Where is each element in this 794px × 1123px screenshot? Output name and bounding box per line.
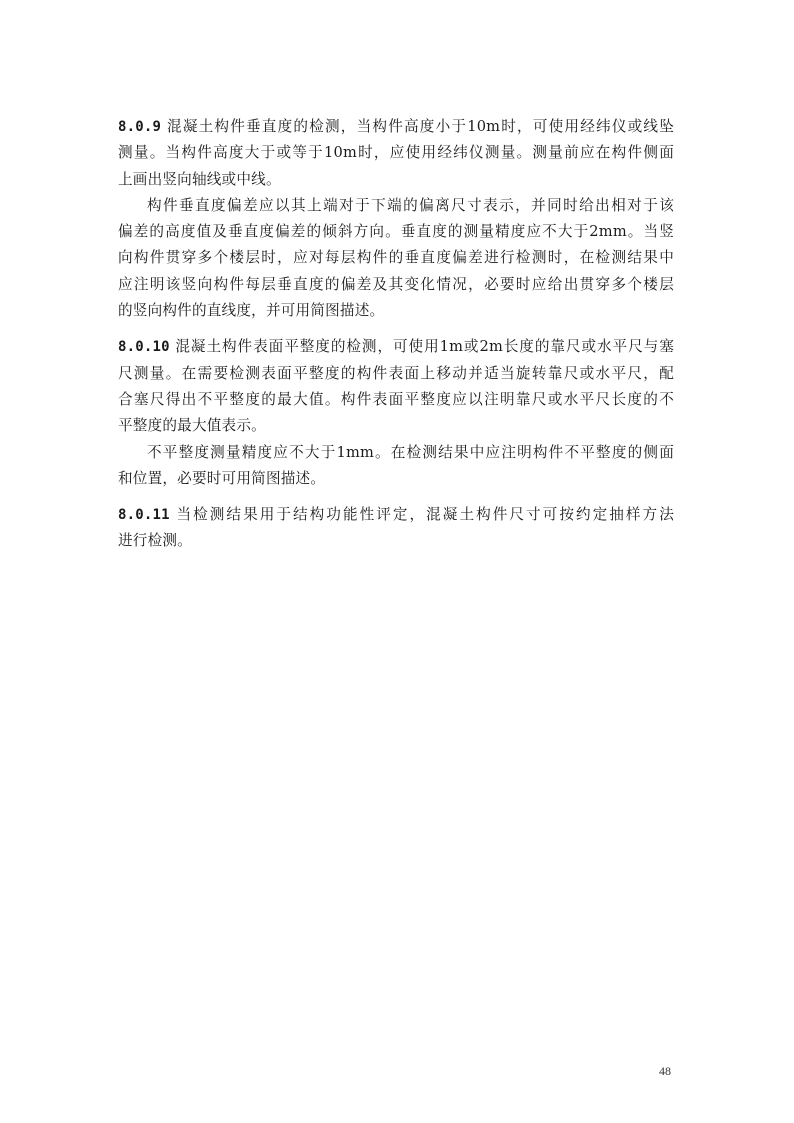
clause-8-0-10: 8.0.10 混凝土构件表面平整度的检测，可使用1m或2m长度的靠尺或水平尺与塞… [118,334,674,492]
text-line: 测量。当构件高度大于或等于10m时，应使用经纬仪测量。测量前应在构件侧面 [118,140,674,166]
clause-8-0-9: 8.0.9 混凝土构件垂直度的检测，当构件高度小于10m时，可使用经纬仪或线坠 … [118,114,674,324]
text-line: 上画出竖向轴线或中线。 [118,167,674,193]
text-line: 进行检测。 [118,528,674,554]
text-line: 8.0.10 混凝土构件表面平整度的检测，可使用1m或2m长度的靠尺或水平尺与塞 [118,334,674,360]
text-line: 的竖向构件的直线度，并可用简图描述。 [118,298,674,324]
text-line: 向构件贯穿多个楼层时，应对每层构件的垂直度偏差进行检测时，在检测结果中 [118,245,674,271]
text-line: 尺测量。在需要检测表面平整度的构件表面上移动并适当旋转靠尺或水平尺，配 [118,361,674,387]
clause-number: 8.0.11 [118,507,170,523]
clause-8-0-11: 8.0.11 当检测结果用于结构功能性评定，混凝土构件尺寸可按约定抽样方法 进行… [118,502,674,555]
text-line: 构件垂直度偏差应以其上端对于下端的偏离尺寸表示，并同时给出相对于该 [118,193,674,219]
text-line: 和位置，必要时可用简图描述。 [118,466,674,492]
text-line: 合塞尺得出不平整度的最大值。构件表面平整度应以注明靠尺或水平尺长度的不 [118,387,674,413]
text-line: 偏差的高度值及垂直度偏差的倾斜方向。垂直度的测量精度应不大于2mm。当竖 [118,219,674,245]
document-page: 8.0.9 混凝土构件垂直度的检测，当构件高度小于10m时，可使用经纬仪或线坠 … [118,114,674,555]
text-line: 平整度的最大值表示。 [118,413,674,439]
clause-number: 8.0.9 [118,119,161,135]
clause-number: 8.0.10 [118,339,170,355]
page-number: 48 [659,1064,671,1079]
text-line: 8.0.11 当检测结果用于结构功能性评定，混凝土构件尺寸可按约定抽样方法 [118,502,674,528]
text-line: 8.0.9 混凝土构件垂直度的检测，当构件高度小于10m时，可使用经纬仪或线坠 [118,114,674,140]
text-line: 应注明该竖向构件每层垂直度的偏差及其变化情况，必要时应给出贯穿多个楼层 [118,272,674,298]
text-line: 不平整度测量精度应不大于1mm。在检测结果中应注明构件不平整度的侧面 [118,440,674,466]
